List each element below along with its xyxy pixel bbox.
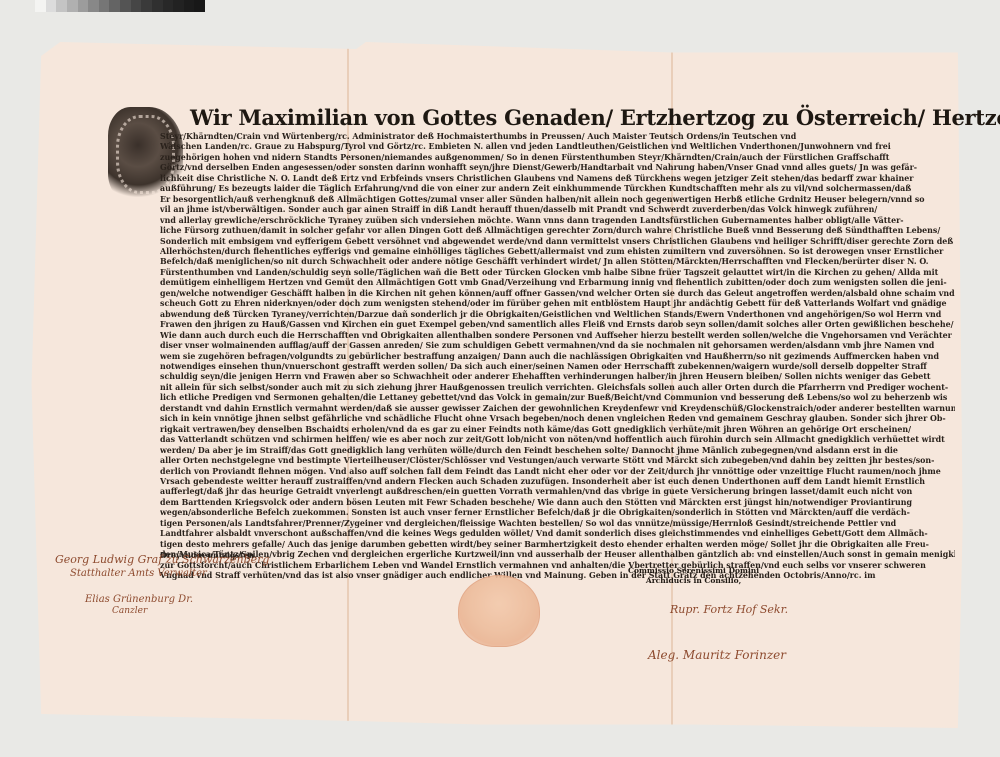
gray-swatch [67,0,78,12]
body-line: vil an jhme ist/vberwältigen. Sonder auc… [160,205,955,215]
body-line: lichkeit dise Christliche N. Ö. Landt de… [160,174,955,184]
gray-swatch [120,0,131,12]
signature-right-2: Aleg. Mauritz Forinzer [648,648,786,662]
body-line: notwendiges einsehen thun/vnuerschont ge… [160,362,955,372]
gray-swatch [173,0,184,12]
body-line: Er besorgentlich/auß verhengknuß deß All… [160,195,955,205]
gray-swatch [56,0,67,12]
body-line: rigkait vertrawen/bey denselben Bschaidt… [160,425,955,435]
body-line: schuldig seyn/die jenigen Herrn vnd Fraw… [160,372,955,382]
body-line: wem sie zugehören befragen/volgundts zu … [160,352,955,362]
body-line: Wälschen Landen/rc. Graue zu Habspurg/Ty… [160,142,955,152]
body-line: dem Barttenden Kriegsvolck oder andern b… [160,498,955,508]
body-line: Görtz/vnd derselben Enden angesessen/ode… [160,163,955,173]
body-line: wegen/absonderliche Befelch zuekommen. S… [160,508,955,518]
body-line: nit allein für sich selbst/sonder auch m… [160,383,955,393]
body-line: Vngnad vnd Straff verhüten/vnd das ist a… [160,571,955,581]
gray-swatch [163,0,174,12]
body-line: werden/ Da aber je im Straiff/das Gott g… [160,446,955,456]
body-line: Sonderlich mit embsigem vnd eyfferigem G… [160,237,955,247]
body-line: zuegehörigen hohen vnd nidern Standts Pe… [160,153,955,163]
body-line: derstandt vnd dahin Ernstlich vermahnt w… [160,404,955,414]
grayscale-calibration-strip [35,0,205,12]
body-line: Steyr/Khärndten/Crain vnd Würtenberg/rc.… [160,132,955,142]
gray-swatch [99,0,110,12]
body-line: abwendung deß Türcken Tyraney/verrichten… [160,310,955,320]
commissio-line-1: Commissio Serenissimi Domini [628,566,759,576]
body-line: außführung/ Es bezeugts laider die Tägli… [160,184,955,194]
body-line: den/Musica/Täntz/Spilen/vbrig Zechen vnd… [160,550,955,560]
signature-left-3: Elias Grünenburg Dr. [85,594,193,605]
gray-swatch [194,0,205,12]
body-line: vnd allerlay grewliche/erschröckliche Ty… [160,216,955,226]
document-title: Wir Maximilian von Gottes Genaden/ Ertzh… [190,105,960,130]
body-line: scheuch Gott zu Ehren niderknyen/oder do… [160,299,955,309]
body-line: Befelch/daß meniglichen/so nit durch Sch… [160,257,955,267]
signature-left-4: Canzler [112,606,147,616]
gray-swatch [184,0,195,12]
gray-swatch [152,0,163,12]
gray-swatch [78,0,89,12]
signature-left-2: Statthalter Amts Verwalter [70,568,207,579]
gray-swatch [46,0,57,12]
commissio-block: Commissio Serenissimi Domini Archiducis … [628,566,759,586]
body-line: gen/welche notwendiger Geschäfft halben … [160,289,955,299]
signature-right-1: Rupr. Fortz Hof Sekr. [670,603,788,616]
body-line: sich in kein vnnötige jhnen selbst gefäh… [160,414,955,424]
body-line: demütigem einhelligem Hertzen vnd Gemüt … [160,278,955,288]
body-line: zur Gottsforcht/auch Christlichem Erbarl… [160,561,955,571]
body-line: tigen desto mehrers gefalle/ Auch das je… [160,540,955,550]
gray-swatch [109,0,120,12]
body-line: lich etliche Predigen vnd Sermonen gehal… [160,393,955,403]
body-line: diser vnser wolmainenden aufflag/auff de… [160,341,955,351]
wax-seal-icon [458,575,540,647]
body-line: aller Orten nechstgelegne vnd bestimpte … [160,456,955,466]
body-line: Allerhöchsten/durch flehentliches eyffer… [160,247,955,257]
body-line: Fürstenthumben vnd Landen/schuldig seyn … [160,268,955,278]
body-line: das Vatterlandt schützen vnd schirmen he… [160,435,955,445]
body-line: tigen Personen/als Landtsfahrer/Prenner/… [160,519,955,529]
commissio-line-2: Archiducis in Consilio, [628,576,759,586]
gray-swatch [141,0,152,12]
gray-swatch [88,0,99,12]
body-line: Frawen den jhrigen zu Hauß/Gassen vnd Ki… [160,320,955,330]
body-line: Vrsach gebendeste weitter herauff zustra… [160,477,955,487]
body-line: Landtfahrer alsbaldt vnverschont außscha… [160,529,955,539]
gray-swatch [35,0,46,12]
body-line: Wie dann auch durch euch die Herrschafft… [160,331,955,341]
signature-left-1: Georg Ludwig Graf zu Schwarzenberg [55,553,269,566]
body-line: derlich von Proviandt flehnen mögen. Vnd… [160,467,955,477]
body-line: aufferlegt/daß jhr das heurige Getraidt … [160,487,955,497]
body-line: liche Fürsorg zuthuen/damit in solcher g… [160,226,955,236]
gray-swatch [131,0,142,12]
document-body: Steyr/Khärndten/Crain vnd Würtenberg/rc.… [160,132,955,581]
